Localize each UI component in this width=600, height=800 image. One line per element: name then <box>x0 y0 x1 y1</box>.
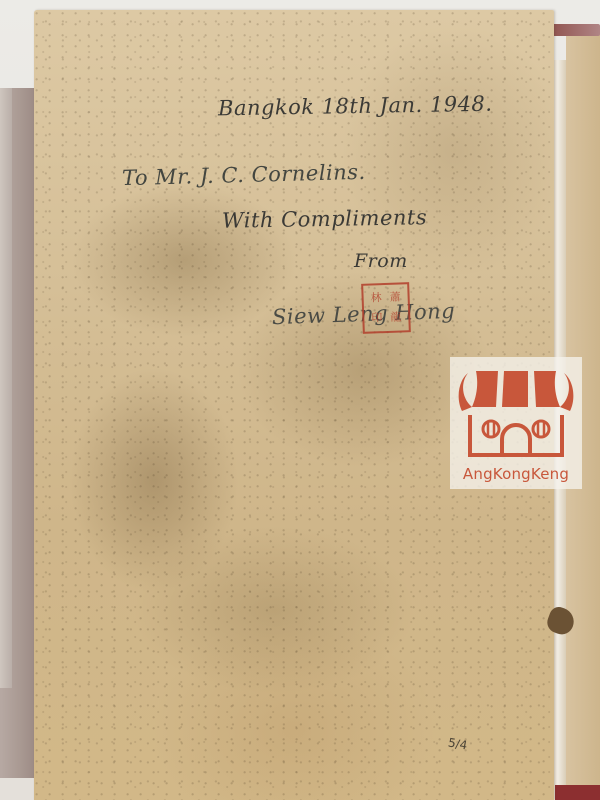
seal-char: 林 <box>370 292 381 304</box>
seal-char: 龍 <box>390 311 401 323</box>
red-seal-stamp: 林 蕭 印 龍 <box>361 282 411 334</box>
seal-char: 印 <box>371 312 382 324</box>
lower-pages-edge <box>0 88 12 688</box>
spine-leather-bottom <box>555 785 600 800</box>
watermark-brand-text: AngKongKeng <box>450 465 582 483</box>
watermark-logo: AngKongKeng <box>450 357 582 489</box>
inscription-compliments-line: With Compliments <box>222 205 428 233</box>
seal-char: 蕭 <box>389 291 400 303</box>
inscription-from-line: From <box>354 250 408 272</box>
book-photo: Bangkok 18th Jan. 1948. To Mr. J. C. Cor… <box>0 0 600 800</box>
shophouse-logo-icon <box>458 363 574 463</box>
inscription-date-line: Bangkok 18th Jan. 1948. <box>218 92 493 121</box>
